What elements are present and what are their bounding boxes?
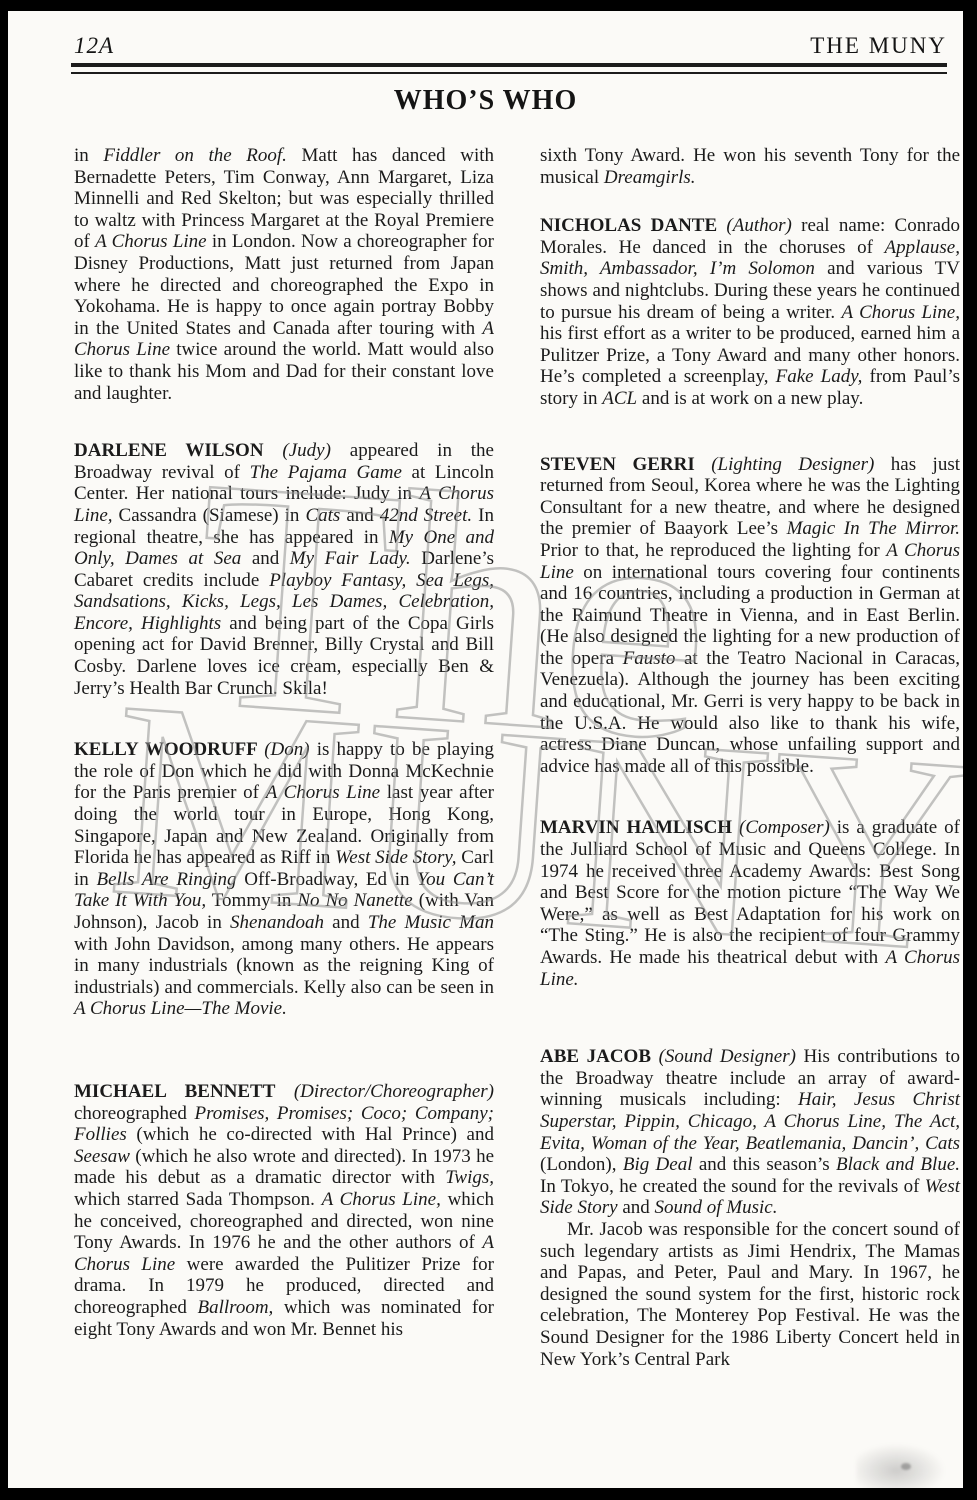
section-title: WHO’S WHO — [8, 85, 963, 117]
header-rule-thick — [71, 63, 947, 67]
scan-smudge-dot — [901, 1463, 911, 1470]
bio-paragraph: Mr. Jacob was responsible for the concer… — [540, 1219, 960, 1370]
bio-paragraph: KELLY WOODRUFF (Don) is happy to be play… — [74, 739, 494, 1020]
bio-paragraph: MICHAEL BENNETT (Director/Choreographer)… — [74, 1081, 494, 1340]
scanned-program-page: { "header": { "page_number": "12A", "pub… — [0, 0, 977, 1500]
left-column: in Fiddler on the Roof. Matt has danced … — [74, 145, 494, 1340]
right-column: sixth Tony Award. He won his seventh Ton… — [540, 145, 960, 1370]
publication-title: THE MUNY — [810, 33, 947, 59]
header-rule-thin — [71, 72, 947, 74]
bio-paragraph: NICHOLAS DANTE (Author) real name: Conra… — [540, 215, 960, 409]
bio-paragraph: MARVIN HAMLISCH (Composer) is a graduate… — [540, 817, 960, 990]
page: 12A THE MUNY WHO’S WHO The MUNY in Fiddl… — [8, 11, 963, 1488]
bio-paragraph: in Fiddler on the Roof. Matt has danced … — [74, 145, 494, 404]
bio-paragraph: STEVEN GERRI (Lighting Designer) has jus… — [540, 454, 960, 778]
bio-paragraph: DARLENE WILSON (Judy) appeared in the Br… — [74, 440, 494, 699]
page-number: 12A — [74, 33, 114, 59]
bio-paragraph: ABE JACOB (Sound Designer) His contribut… — [540, 1046, 960, 1219]
bio-paragraph: sixth Tony Award. He won his seventh Ton… — [540, 145, 960, 188]
